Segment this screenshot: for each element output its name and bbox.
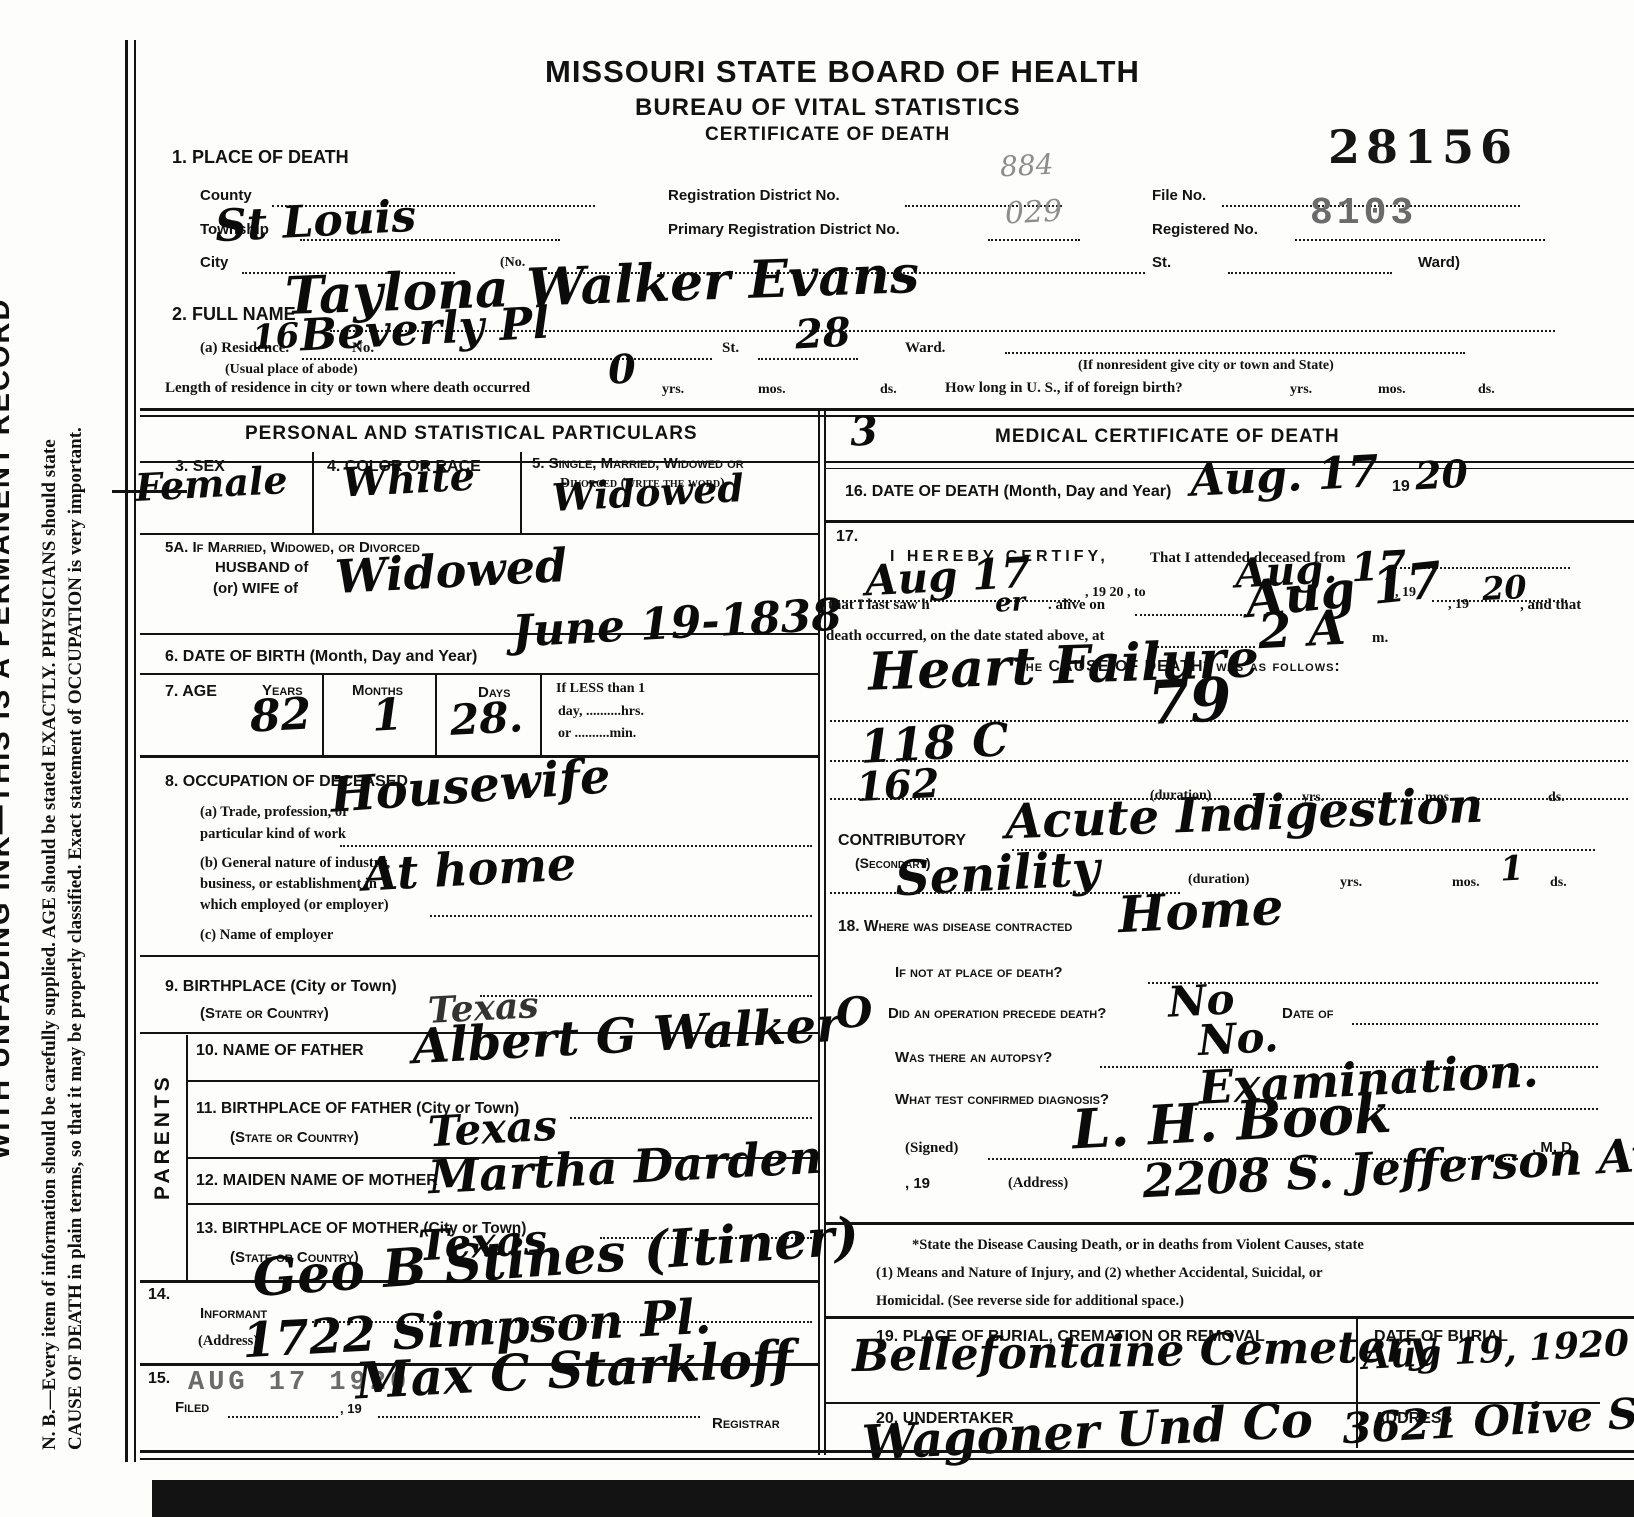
marital-value: Widowed — [551, 469, 745, 517]
occupation-b-label3: which employed (or employer) — [200, 898, 389, 914]
yrs-label: yrs. — [662, 382, 684, 397]
rule-horizontal — [140, 955, 818, 957]
wife-of-label: (or) WIFE of — [213, 581, 298, 598]
contributory-value: Acute Indigestion — [1004, 782, 1484, 847]
footnote-line3: Homicidal. (See reverse side for additio… — [876, 1294, 1184, 1310]
rule-vertical — [322, 675, 324, 755]
signed-label: (Signed) — [905, 1140, 958, 1157]
dotted-leader — [302, 358, 712, 360]
duration-yrs-label: yrs. — [1340, 875, 1362, 890]
ward-label: Ward) — [1418, 255, 1460, 272]
rule-horizontal — [140, 673, 818, 675]
rule-vertical — [540, 675, 542, 755]
how-long-us-label: How long in U. S., if of foreign birth? — [945, 380, 1183, 397]
length-of-residence-label: Length of residence in city or town wher… — [165, 380, 530, 397]
rule-horizontal — [140, 1450, 1634, 1453]
disease-contracted-label: 18. Where was disease contracted — [838, 918, 1072, 935]
dotted-leader — [758, 358, 858, 360]
mother-maiden-name-label: 12. MAIDEN NAME OF MOTHER — [196, 1172, 438, 1190]
footnote-line2: (1) Means and Nature of Injury, and (2) … — [876, 1266, 1323, 1282]
residence-ward-value: 28 — [794, 313, 852, 356]
dotted-leader — [430, 915, 812, 917]
dotted-leader — [378, 1416, 700, 1418]
margin-edge-note: WITH UNFADING INK—THIS IS A PERMANENT RE… — [0, 298, 15, 1160]
father-name-label: 10. NAME OF FATHER — [196, 1042, 364, 1060]
header-board-title: MISSOURI STATE BOARD OF HEALTH — [545, 55, 1140, 89]
physician-address-label: (Address) — [1008, 1176, 1068, 1192]
address-19-label: , 19 — [905, 1176, 930, 1193]
rule-horizontal — [826, 1222, 1634, 1225]
husband-of-label: HUSBAND of — [215, 560, 308, 577]
primary-district-value: 029 — [1004, 197, 1063, 230]
registered-no-value: 8103 — [1310, 192, 1417, 235]
mos-label: mos. — [1378, 382, 1406, 397]
yrs-label: yrs. — [1290, 382, 1312, 397]
dotted-leader — [1135, 614, 1250, 616]
file-no-label: File No. — [1152, 188, 1206, 205]
occupation-c-label: (c) Name of employer — [200, 928, 333, 944]
registered-no-label: Registered No. — [1152, 222, 1258, 239]
day-hrs-label: day, ..........hrs. — [558, 704, 644, 719]
dotted-leader — [1295, 239, 1545, 241]
margin-note-3: 3 — [849, 411, 879, 452]
operation-label: Did an operation precede death? — [888, 1006, 1106, 1023]
dotted-leader — [228, 1416, 338, 1418]
date-of-death-year-value: 20 — [1414, 455, 1469, 496]
section-15-number: 15. — [148, 1370, 170, 1388]
rule-horizontal — [826, 520, 1634, 523]
section-14-number: 14. — [148, 1286, 170, 1304]
dotted-leader — [570, 1117, 812, 1119]
nonresident-note-label: (If nonresident give city or town and St… — [1078, 358, 1334, 373]
street-suffix-label: St. — [1152, 255, 1171, 272]
margin-note-line1: N. B.—Every item of information should b… — [40, 439, 59, 1450]
rule-horizontal — [826, 1316, 1634, 1319]
rule-vertical-divider — [818, 408, 820, 1455]
sex-value: Female — [134, 461, 288, 507]
rule-vertical-divider — [824, 408, 826, 1455]
registration-district-label: Registration District No. — [668, 188, 840, 205]
occupation-a-label2: particular kind of work — [200, 827, 346, 843]
contributory-label: CONTRIBUTORY — [838, 832, 966, 850]
occupation-a-value: Housewife — [329, 752, 612, 819]
place-of-burial-value: Bellefontaine Cemetery — [852, 1325, 1435, 1379]
printed-19-label: 19 — [1392, 478, 1410, 496]
registrar-label: Registrar — [712, 1416, 780, 1433]
rule-vertical — [312, 452, 314, 534]
header-bureau-title: BUREAU OF VITAL STATISTICS — [635, 95, 1021, 121]
duration-mos-label: mos. — [1452, 875, 1480, 890]
father-state-label: (State or Country) — [230, 1130, 359, 1147]
rule-vertical — [520, 452, 522, 534]
residence-street-value: Beverly Pl — [299, 302, 550, 359]
scan-artifact-band — [152, 1480, 1634, 1517]
length-of-residence-value: 0 — [607, 349, 637, 390]
parents-label: PARENTS — [152, 1073, 173, 1200]
date-of-birth-label: 6. DATE OF BIRTH (Month, Day and Year) — [165, 648, 477, 666]
date-of-birth-value: June 19-1838 — [511, 593, 843, 654]
residence-ward-label: Ward. — [905, 340, 945, 357]
dotted-leader — [1005, 352, 1465, 354]
header-certificate-title: CERTIFICATE OF DEATH — [705, 125, 950, 146]
filed-label: Filed — [175, 1400, 209, 1417]
ds-label: ds. — [1478, 382, 1495, 397]
form-border-left-outer — [125, 40, 128, 1462]
rule-horizontal — [140, 533, 818, 535]
section-17-number: 17. — [836, 528, 858, 546]
comma-19-label: , 19 — [1448, 597, 1469, 612]
occupation-b-label2: business, or establishment in — [200, 877, 377, 893]
city-value: St Louis — [214, 195, 417, 249]
residence-st-label: St. — [722, 340, 739, 357]
mos-label: mos. — [758, 382, 786, 397]
duration-ds-label: ds. — [1548, 790, 1565, 805]
undertaker-address-value: 3621 Olive St — [1341, 1392, 1634, 1450]
rule-horizontal — [140, 415, 1634, 417]
date-of-death-value: Aug. 17 — [1189, 450, 1380, 504]
personal-section-title: PERSONAL AND STATISTICAL PARTICULARS — [245, 424, 698, 445]
birthplace-label: 9. BIRTHPLACE (City or Town) — [165, 978, 397, 996]
form-border-left-inner — [134, 40, 136, 1462]
code-162-annotation: 162 — [855, 764, 940, 808]
rule-horizontal — [186, 1080, 818, 1082]
disease-contracted-value: Home — [1117, 882, 1285, 941]
age-years-value: 82 — [249, 692, 312, 739]
autopsy-label: Was there an autopsy? — [895, 1050, 1052, 1067]
margin-note-line2: CAUSE OF DEATH in plain terms, so that i… — [66, 427, 85, 1450]
and-that-label: , and that — [1520, 597, 1581, 614]
age-label: 7. AGE — [165, 683, 217, 701]
last-saw-her-mark: er — [994, 589, 1026, 617]
operation-pen-mark: O — [835, 991, 874, 1035]
duration-ds-label: ds. — [1550, 875, 1567, 890]
dotted-leader — [1228, 272, 1392, 274]
ds-label: ds. — [880, 382, 897, 397]
code-79-annotation: 79 — [1146, 670, 1233, 734]
color-race-value: White — [341, 457, 476, 504]
registration-district-value: 884 — [999, 151, 1054, 182]
rule-horizontal — [186, 1203, 818, 1205]
abode-note-label: (Usual place of abode) — [225, 362, 358, 377]
medical-section-title: MEDICAL CERTIFICATE OF DEATH — [995, 427, 1340, 448]
autopsy-value: No. — [1197, 1016, 1279, 1062]
if-not-place-label: If not at place of death? — [895, 965, 1063, 982]
rule-horizontal — [140, 1458, 1634, 1460]
last-saw-label: that I last saw h — [828, 597, 930, 614]
residence-no-value: 16 — [251, 319, 300, 355]
city-label: City — [200, 255, 228, 272]
dotted-leader — [1352, 1023, 1598, 1025]
secondary-duration-ds-value: 1 — [1499, 851, 1524, 886]
footnote-line1: *State the Disease Causing Death, or in … — [912, 1238, 1364, 1254]
date-of-death-label: 16. DATE OF DEATH (Month, Day and Year) — [845, 483, 1171, 501]
age-months-value: 1 — [371, 693, 404, 739]
date-of-label: Date of — [1282, 1006, 1333, 1023]
rule-horizontal — [140, 408, 1634, 411]
occupation-b-value: At home — [361, 840, 577, 897]
age-days-value: 28. — [449, 696, 524, 742]
primary-district-label: Primary Registration District No. — [668, 222, 900, 239]
if-less-label: If LESS than 1 — [556, 681, 645, 696]
occupation-a-label1: (a) Trade, profession, or — [200, 805, 349, 821]
alive-on-label: . alive on — [1048, 597, 1105, 614]
m-label: m. — [1372, 630, 1388, 647]
hour-of-death-value: 2 A — [1257, 604, 1347, 657]
place-of-death-label: 1. PLACE OF DEATH — [172, 148, 349, 168]
certificate-serial-number: 28156 — [1328, 120, 1518, 174]
death-certificate-page: WITH UNFADING INK—THIS IS A PERMANENT RE… — [0, 0, 1634, 1517]
or-min-label: or ..........min. — [558, 726, 636, 741]
rule-vertical — [435, 675, 437, 755]
secondary-value: Senility — [894, 845, 1101, 904]
spouse-value: Widowed — [334, 542, 568, 600]
dotted-leader — [988, 239, 1080, 241]
birthplace-state-label: (State or Country) — [200, 1006, 329, 1023]
